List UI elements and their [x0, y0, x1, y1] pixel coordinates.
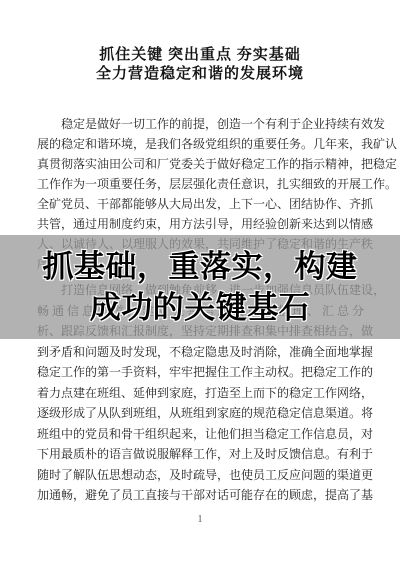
body-line: 真贯彻落实油田公司和厂党委关于做好稳定工作的指示精神，把稳定: [37, 154, 364, 174]
document-title: 抓住关键 突出重点 夯实基础 全力营造稳定和谐的发展环境: [0, 46, 400, 84]
body-line: 班组中的党员和骨干组织起来，让他们担当稳定工作信息员，对: [37, 424, 364, 445]
page-number: 1: [0, 514, 400, 525]
watermark-headline-line-1: 抓基础，重落实，构建: [0, 246, 400, 287]
body-line: 到矛盾和问题及时发现，不稳定隐患及时消除，准确全面地掌握: [37, 342, 364, 363]
body-line: 下用最质朴的语言做说服解释工作，对上及时反馈信息。有利于: [37, 444, 364, 465]
body-line: 着力点建在班组、延伸到家庭，打造至上而下的稳定工作网络，: [37, 383, 364, 404]
document-title-line-2: 全力营造稳定和谐的发展环境: [0, 65, 400, 84]
body-line: 稳定工作的第一手资料，牢牢把握住工作主动权。把稳定工作的: [37, 362, 364, 383]
watermark-headline: 抓基础，重落实，构建 成功的关键基石: [0, 246, 400, 328]
watermark-headline-line-2: 成功的关键基石: [0, 287, 400, 328]
body-line: 共管，通过用制度约束，用方法引导，用经验创新来达到以情感: [37, 214, 364, 234]
body-line: 加通畅，避免了员工直接与干部对话可能存在的顾虑，提高了基: [37, 485, 364, 506]
document-page: 抓住关键 突出重点 夯实基础 全力营造稳定和谐的发展环境 稳定是做好一切工作的前…: [0, 0, 400, 566]
body-line: 工作作为一项重要任务，层层强化责任意识，扎实细致的开展工作。: [37, 174, 364, 194]
body-line: 逐级形成了从队到班组，从班组到家庭的规范稳定信息渠道。将: [37, 403, 364, 424]
body-line: 展的稳定和谐环境，是我们各级党组织的重要任务。几年来，我矿认: [37, 134, 364, 154]
body-line: 随时了解队伍思想动态，及时疏导，也使员工反应问题的渠道更: [37, 465, 364, 486]
body-line: 稳定是做好一切工作的前提，创造一个有利于企业持续有效发: [37, 114, 364, 134]
document-title-line-1: 抓住关键 突出重点 夯实基础: [0, 46, 400, 65]
body-line: 全矿党员、干部都能够从大局出发，上下一心、团结协作、齐抓: [37, 194, 364, 214]
